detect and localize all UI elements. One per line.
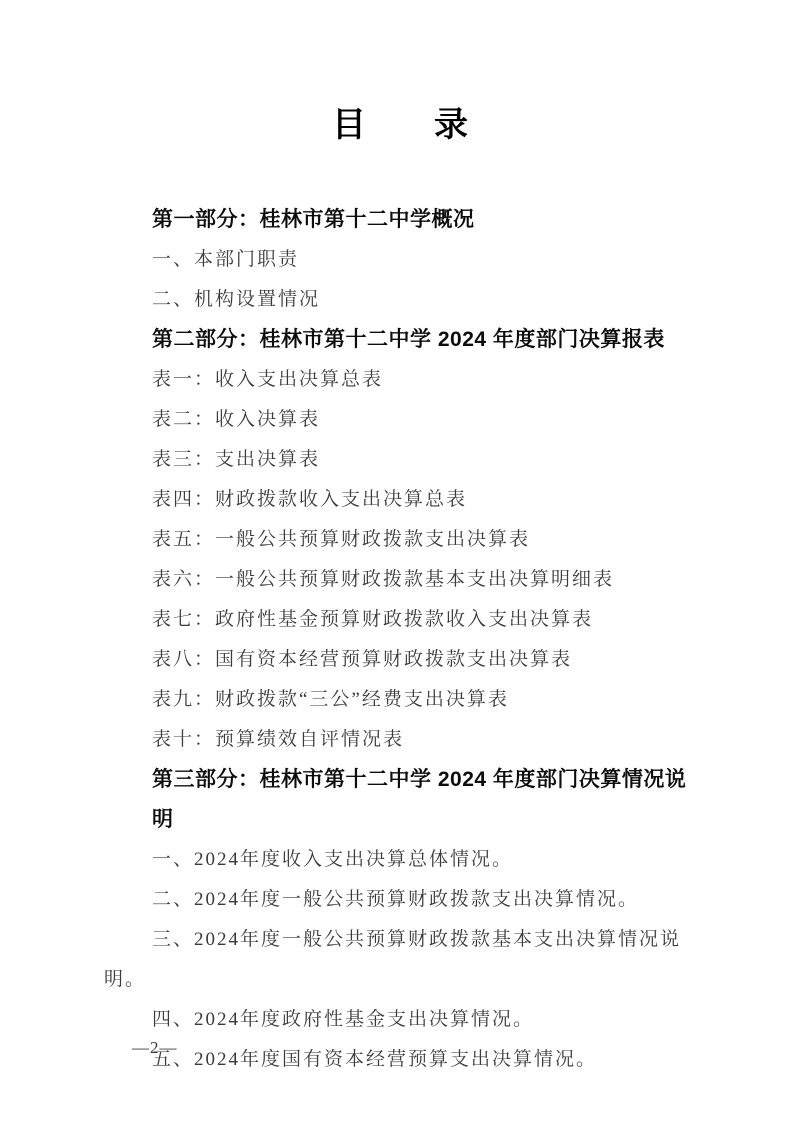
toc-item-table-5: 表五：一般公共预算财政拨款支出决算表 — [104, 520, 696, 560]
toc-content: 第一部分：桂林市第十二中学概况 一、本部门职责 二、机构设置情况 第二部分：桂林… — [104, 200, 696, 1080]
toc-item-table-1: 表一：收入支出决算总表 — [104, 360, 696, 400]
toc-item-table-6: 表六：一般公共预算财政拨款基本支出决算明细表 — [104, 560, 696, 600]
document-page: 目 录 第一部分：桂林市第十二中学概况 一、本部门职责 二、机构设置情况 第二部… — [0, 0, 800, 1131]
page-title: 目 录 — [0, 103, 800, 147]
toc-item-table-3: 表三：支出决算表 — [104, 440, 696, 480]
toc-item-table-10: 表十：预算绩效自评情况表 — [104, 720, 696, 760]
toc-item-part3-3: 三、2024年度一般公共预算财政拨款基本支出决算情况说明。 — [104, 920, 696, 1000]
toc-item-table-7: 表七：政府性基金预算财政拨款收入支出决算表 — [104, 600, 696, 640]
toc-item-part1-1: 一、本部门职责 — [104, 240, 696, 280]
toc-item-part1-2: 二、机构设置情况 — [104, 280, 696, 320]
section-2-heading: 第二部分：桂林市第十二中学 2024 年度部门决算报表 — [104, 320, 696, 360]
toc-item-table-9: 表九：财政拨款“三公”经费支出决算表 — [104, 680, 696, 720]
toc-item-table-4: 表四：财政拨款收入支出决算总表 — [104, 480, 696, 520]
toc-item-part3-1: 一、2024年度收入支出决算总体情况。 — [104, 840, 696, 880]
section-3-heading: 第三部分：桂林市第十二中学 2024 年度部门决算情况说明 — [104, 760, 696, 840]
section-1-heading: 第一部分：桂林市第十二中学概况 — [104, 200, 696, 240]
toc-item-table-8: 表八：国有资本经营预算财政拨款支出决算表 — [104, 640, 696, 680]
toc-item-part3-4: 四、2024年度政府性基金支出决算情况。 — [104, 1000, 696, 1040]
toc-item-part3-2: 二、2024年度一般公共预算财政拨款支出决算情况。 — [104, 880, 696, 920]
page-number: —2— — [132, 1036, 178, 1060]
toc-item-part3-5: 五、2024年度国有资本经营预算支出决算情况。 — [104, 1040, 696, 1080]
toc-item-table-2: 表二：收入决算表 — [104, 400, 696, 440]
